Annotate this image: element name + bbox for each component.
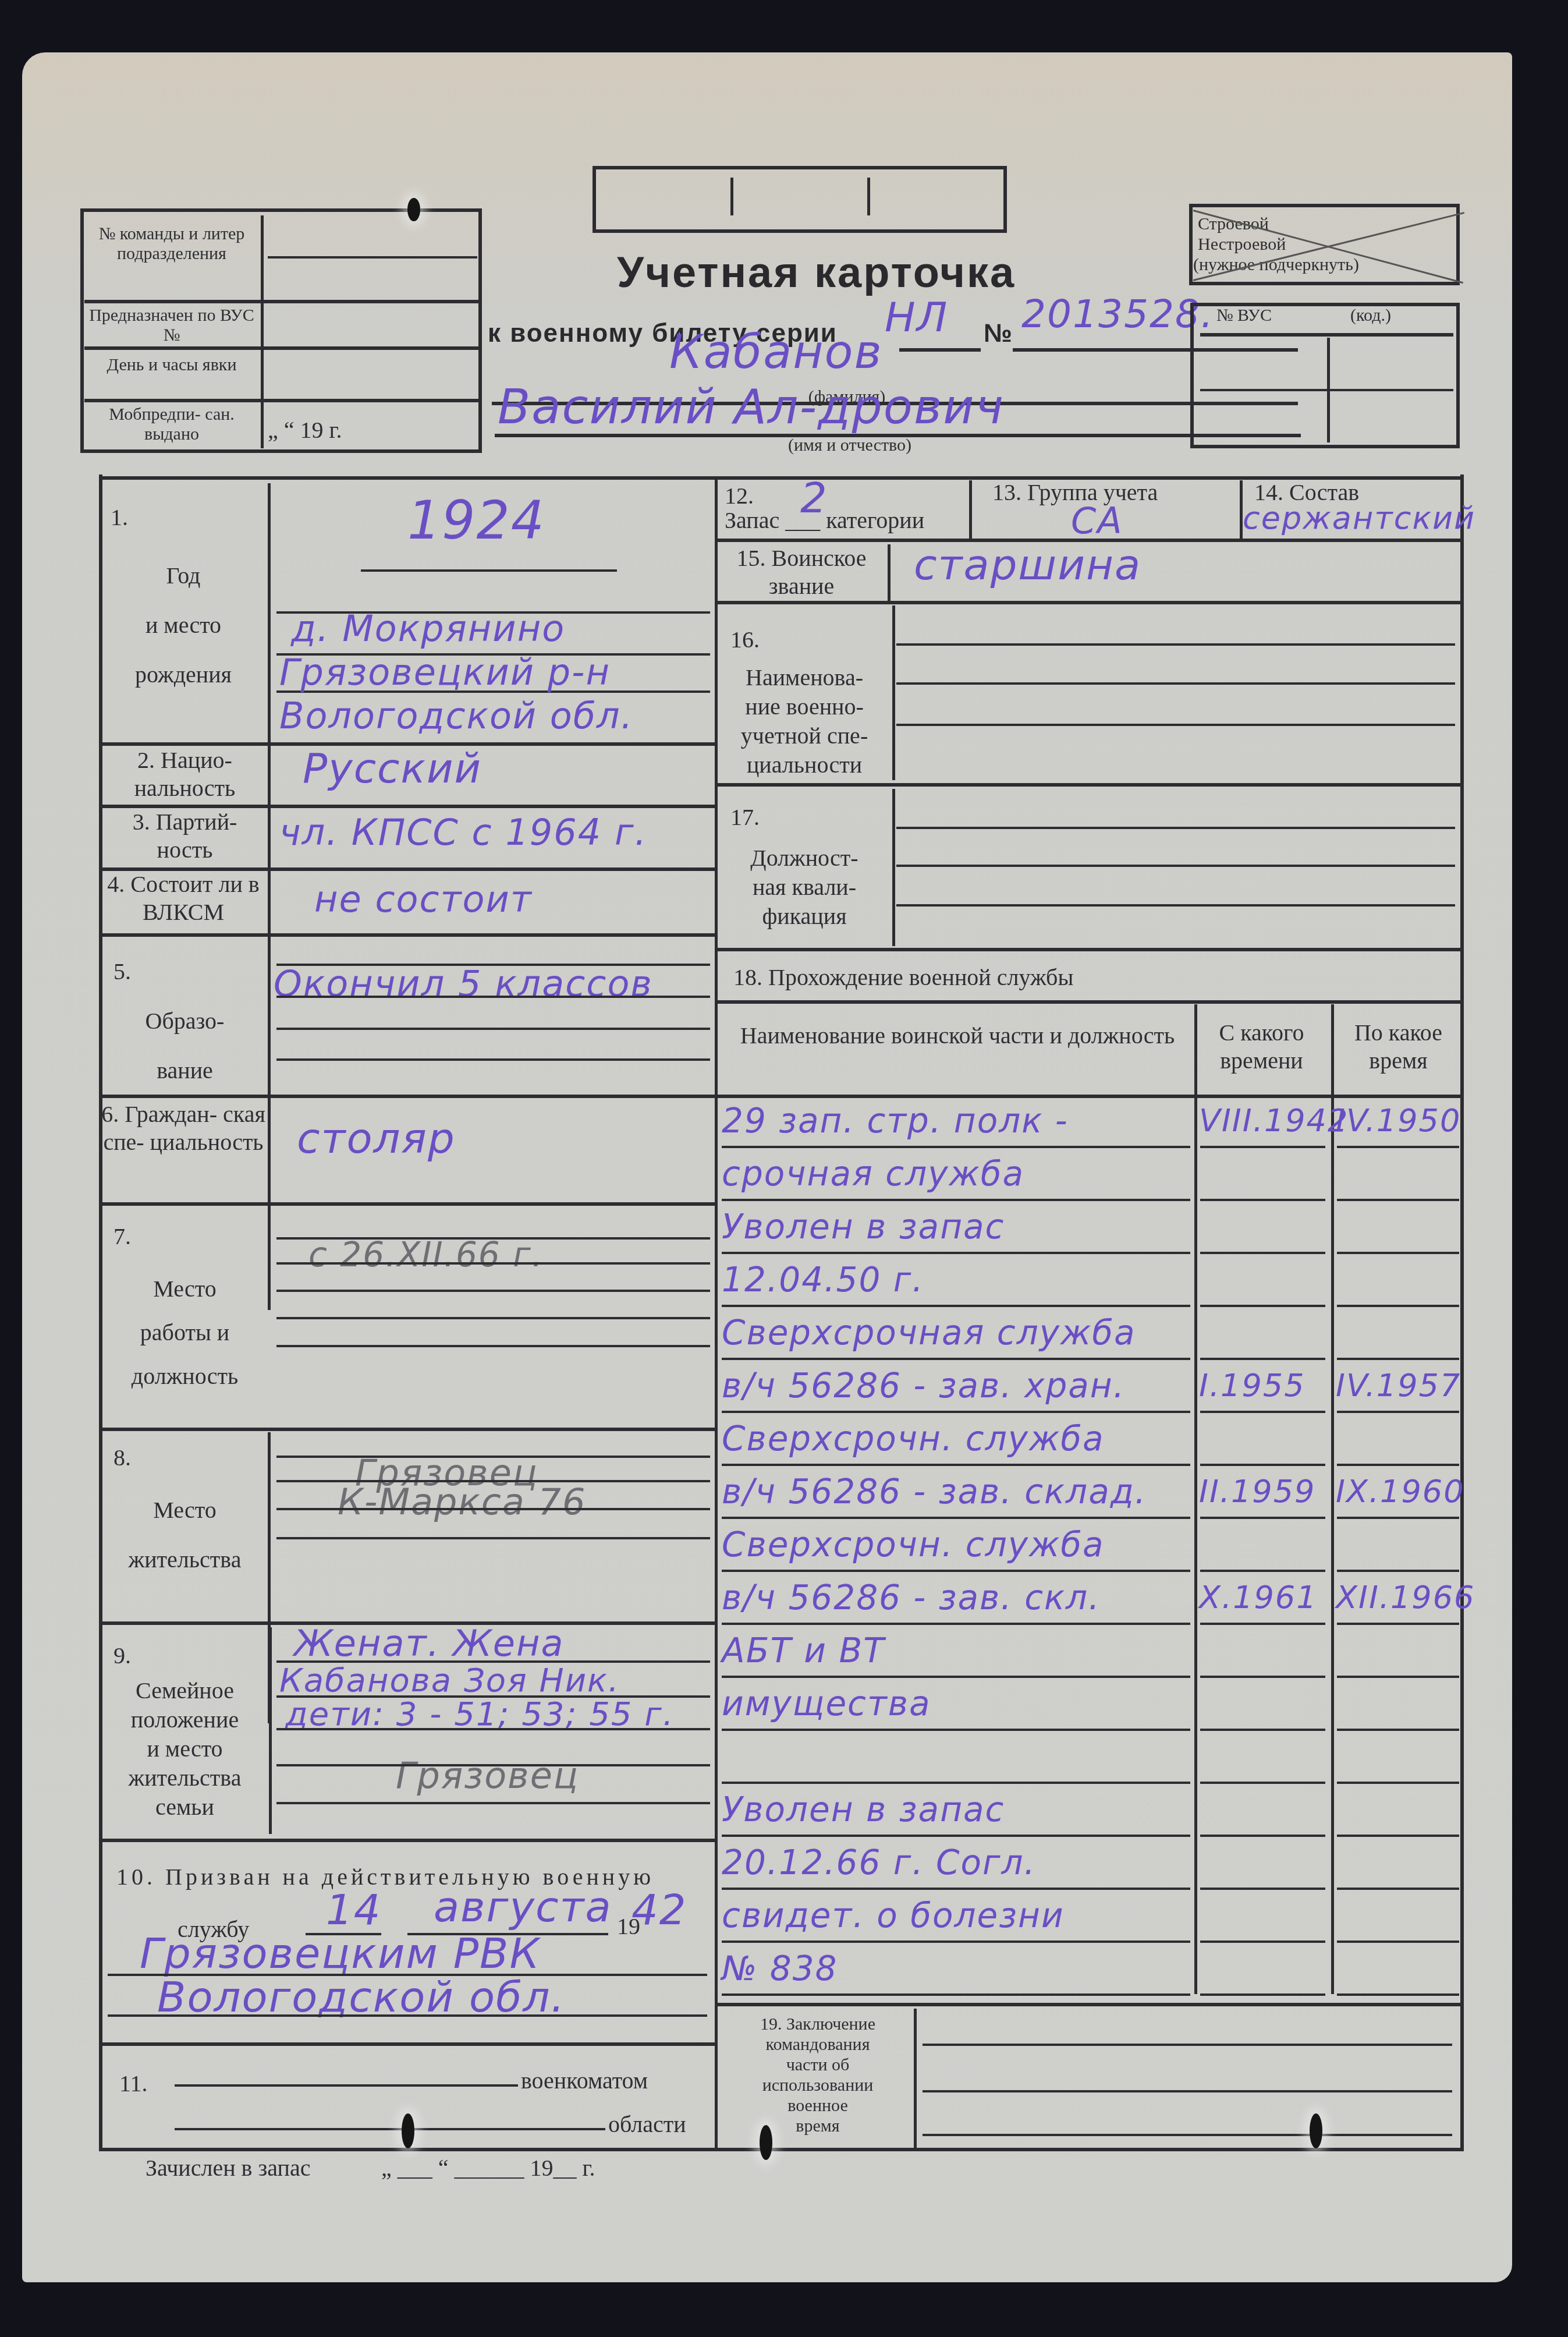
komsomol-value[interactable]: не состоит xyxy=(314,879,533,920)
blank-line xyxy=(923,2134,1452,2136)
blank-line xyxy=(1200,1941,1325,1943)
blank-line xyxy=(276,1764,710,1766)
unit-cell[interactable]: срочная служба xyxy=(722,1153,1024,1194)
education-value[interactable]: Окончил 5 классов xyxy=(274,964,653,1004)
punch-hole xyxy=(402,2113,414,2148)
divider xyxy=(1194,1004,1197,1994)
from-cell[interactable]: I.1955 xyxy=(1199,1365,1306,1406)
blank-line xyxy=(276,996,710,998)
col-unit-header: Наименование воинской части и должность xyxy=(722,1022,1193,1050)
blank-line xyxy=(276,1290,710,1292)
blank-line xyxy=(722,1782,1190,1784)
blank-line xyxy=(1337,1305,1459,1307)
name-patronymic-value[interactable]: Василий Ал-дрович xyxy=(498,387,1005,428)
blank-line xyxy=(896,904,1455,907)
field-19-label: военное xyxy=(722,2096,914,2116)
divider xyxy=(892,789,895,946)
blank-line xyxy=(276,1802,710,1804)
field-7-label: работы и xyxy=(102,1319,268,1347)
blank-line xyxy=(923,2090,1452,2092)
ticket-number[interactable]: 2013528. xyxy=(1021,294,1214,335)
divider xyxy=(99,1839,715,1842)
unit-cell[interactable]: в/ч 56286 - зав. хран. xyxy=(722,1365,1125,1406)
blank-line xyxy=(1200,1146,1325,1148)
label-enlisted-reserve: Зачислен в запас xyxy=(146,2154,310,2182)
blank-line xyxy=(722,1517,1190,1519)
blank-line xyxy=(1337,1517,1459,1519)
label-noncombat: Нестроевой xyxy=(1198,235,1286,254)
divider xyxy=(715,1000,1464,1004)
divider xyxy=(268,483,271,1310)
blank-line xyxy=(1200,1252,1325,1254)
to-cell[interactable]: IX.1960 xyxy=(1336,1471,1465,1512)
field-6-label: 6. Граждан- ская спе- циальность xyxy=(99,1100,268,1156)
label-voenkomat: военкоматом xyxy=(521,2067,648,2095)
blank-line xyxy=(722,1464,1190,1466)
field-3-label: 3. Партий- ность xyxy=(102,808,268,864)
series-line xyxy=(899,348,981,352)
top-code-box xyxy=(593,166,1007,233)
divider xyxy=(867,178,870,215)
field-19-label: командования xyxy=(722,2035,914,2055)
blank-line xyxy=(722,1835,1190,1837)
blank-line xyxy=(1200,1993,1325,1996)
label-day-hours: День и часы явки xyxy=(84,355,259,375)
field-7-label: Место xyxy=(102,1275,268,1303)
label-vus-code: (код.) xyxy=(1350,306,1391,325)
composition-value[interactable]: сержантский xyxy=(1243,498,1475,539)
blank-line xyxy=(276,1028,710,1030)
divider xyxy=(888,544,891,603)
field-9-label: и место xyxy=(102,1735,268,1763)
blank-line xyxy=(1200,1464,1325,1466)
divider xyxy=(715,601,1464,604)
surname-value[interactable]: Кабанов xyxy=(669,332,883,373)
conscription-year[interactable]: 42 xyxy=(632,1889,687,1930)
from-cell[interactable]: II.1959 xyxy=(1199,1471,1315,1512)
field-1-label: рождения xyxy=(102,661,265,689)
field-5-num: 5. xyxy=(113,958,131,986)
from-cell[interactable]: X.1961 xyxy=(1199,1577,1318,1618)
divider xyxy=(99,1428,715,1431)
reserve-category-value[interactable]: 2 xyxy=(800,477,828,518)
blank-line xyxy=(896,827,1455,829)
blank-line xyxy=(722,1146,1190,1148)
blank-line xyxy=(1337,1358,1459,1360)
blank-line xyxy=(896,724,1455,726)
blank-line xyxy=(923,2044,1452,2046)
name-caption: (имя и отчество) xyxy=(739,435,960,455)
blank-line xyxy=(1337,1623,1459,1625)
field-8-label: Место xyxy=(102,1496,268,1524)
blank-line xyxy=(1337,1993,1459,1996)
blank-line xyxy=(722,1199,1190,1201)
field-17-num: 17. xyxy=(730,803,760,831)
blank-line xyxy=(722,1623,1190,1625)
divider xyxy=(84,300,479,303)
unit-cell[interactable]: 12.04.50 г. xyxy=(722,1259,924,1300)
unit-cell[interactable]: Уволен в запас xyxy=(722,1206,1005,1247)
blank-line xyxy=(361,569,617,572)
field-17-label: Должност- xyxy=(717,844,892,872)
blank-line xyxy=(1200,1570,1325,1572)
unit-cell[interactable]: АБТ и ВТ xyxy=(722,1630,885,1671)
blank-line xyxy=(1337,1729,1459,1731)
field-16-label: учетной спе- xyxy=(717,722,892,750)
blank-line xyxy=(722,1676,1190,1678)
blank-line xyxy=(722,1252,1190,1254)
blank-line xyxy=(1200,1305,1325,1307)
blank-line xyxy=(1337,1199,1459,1201)
blank-line xyxy=(1337,1411,1459,1413)
divider xyxy=(914,2009,917,2148)
field-1-label: и место xyxy=(102,611,265,639)
birth-year[interactable]: 1924 xyxy=(407,501,545,541)
divider xyxy=(84,346,479,350)
label-combat: Строевой xyxy=(1198,214,1269,234)
divider xyxy=(99,2042,715,2046)
divider xyxy=(1200,389,1453,391)
field-16-label: циальности xyxy=(717,751,892,779)
field-9-num: 9. xyxy=(113,1642,131,1670)
field-18-title: 18. Прохождение военной службы xyxy=(733,964,1073,992)
conscription-day[interactable]: 14 xyxy=(326,1889,382,1930)
unit-cell[interactable]: 29 зап. стр. полк - xyxy=(722,1100,1069,1141)
blank-line xyxy=(1200,1623,1325,1625)
label-mob-order: Мобпредпи- сан. выдано xyxy=(84,405,259,444)
birth-place-line[interactable]: д. Мокрянино xyxy=(291,608,565,649)
field-5-label: вание xyxy=(102,1057,268,1085)
divider xyxy=(969,480,972,539)
field-8-num: 8. xyxy=(113,1444,131,1472)
unit-cell[interactable]: Сверхсрочн. служба xyxy=(722,1524,1105,1565)
blank-line xyxy=(276,1345,710,1347)
divider xyxy=(1200,333,1453,337)
blank-line xyxy=(268,256,477,259)
field-4-label: 4. Состоит ли в ВЛКСМ xyxy=(99,870,268,926)
military-rank-value[interactable]: старшина xyxy=(914,544,1141,585)
divider xyxy=(261,215,264,448)
to-cell[interactable]: XII.1966 xyxy=(1336,1577,1475,1618)
enlisted-date: „ ___ “ ______ 19__ г. xyxy=(381,2154,595,2182)
field-10-label: 10. Призван на действительную военную xyxy=(116,1863,710,1891)
blank-line xyxy=(722,1993,1190,1996)
field-11-num: 11. xyxy=(119,2070,148,2098)
blank-line xyxy=(1200,1199,1325,1201)
blank-line xyxy=(1337,1941,1459,1943)
party-value[interactable]: чл. КПСС с 1964 г. xyxy=(279,812,647,853)
blank-line xyxy=(276,1537,710,1539)
field-5-label: Образо- xyxy=(102,1007,268,1035)
conscription-month[interactable]: августа xyxy=(434,1886,612,1927)
unit-cell[interactable]: имущества xyxy=(722,1683,931,1724)
blank-line xyxy=(722,1570,1190,1572)
unit-cell[interactable]: Уволен в запас xyxy=(722,1789,1005,1830)
divider xyxy=(99,1095,715,1098)
field-17-label: фикация xyxy=(717,902,892,930)
unit-cell[interactable]: в/ч 56286 - зав. скл. xyxy=(722,1577,1101,1618)
col-from-header: С какого времени xyxy=(1196,1019,1327,1075)
from-cell[interactable]: VIII.1942 xyxy=(1199,1100,1349,1141)
blank-line xyxy=(1200,1835,1325,1837)
field-9-label: жительства xyxy=(102,1764,268,1792)
number-sign: № xyxy=(984,319,1013,348)
blank-line xyxy=(1200,1517,1325,1519)
field-7-num: 7. xyxy=(113,1223,131,1251)
unit-cell[interactable]: № 838 xyxy=(722,1948,838,1989)
blank-line xyxy=(1200,1888,1325,1890)
blank-line xyxy=(276,1262,710,1265)
blank-line xyxy=(1337,1570,1459,1572)
blank-line xyxy=(1337,1888,1459,1890)
divider xyxy=(715,2003,1464,2006)
blank-line xyxy=(1337,1835,1459,1837)
field-15-label: 15. Воинское звание xyxy=(717,544,886,600)
divider xyxy=(1331,1004,1334,1994)
conscripted-by[interactable]: Грязовецким РВК xyxy=(140,1933,541,1974)
blank-line xyxy=(896,865,1455,867)
label-oblast: области xyxy=(608,2111,686,2138)
blank-line xyxy=(1200,1676,1325,1678)
divider xyxy=(99,1202,715,1206)
divider xyxy=(84,399,479,402)
conscripted-by[interactable]: Вологодской обл. xyxy=(157,1977,565,2017)
field-1-label: Год xyxy=(102,562,265,590)
blank-line xyxy=(722,1729,1190,1731)
work-value[interactable]: с 26.XII.66 г. xyxy=(308,1234,544,1275)
label-vus: № ВУС xyxy=(1216,306,1272,325)
col-to-header: По какое время xyxy=(1333,1019,1464,1075)
unit-cell[interactable]: в/ч 56286 - зав. склад. xyxy=(722,1471,1147,1512)
field-2-label: 2. Нацио- нальность xyxy=(102,746,268,802)
residence-street[interactable]: К-Маркса 76 xyxy=(338,1482,586,1522)
blank-line xyxy=(722,1358,1190,1360)
blank-line xyxy=(1200,1729,1325,1731)
to-cell[interactable]: IV.1957 xyxy=(1336,1365,1461,1406)
blank-line xyxy=(276,1728,710,1730)
field-9-label: положение xyxy=(102,1706,268,1734)
blank-line xyxy=(276,1058,710,1061)
blank-line xyxy=(722,1941,1190,1943)
unit-cell[interactable]: Сверхсрочн. служба xyxy=(722,1418,1105,1459)
blank-line xyxy=(1337,1676,1459,1678)
divider xyxy=(269,1627,272,1834)
blank-line xyxy=(276,1317,710,1319)
field-16-label: ние военно- xyxy=(717,693,892,721)
blank-line xyxy=(722,1411,1190,1413)
blank-line xyxy=(1200,1782,1325,1784)
blank-line xyxy=(1200,1358,1325,1360)
divider xyxy=(715,948,1464,951)
birth-place-line[interactable]: Грязовецкий р-н xyxy=(279,652,611,693)
blank-line xyxy=(1200,1411,1325,1413)
family-line[interactable]: Женат. Жена xyxy=(294,1623,564,1664)
label-command-number: № команды и литер подразделения xyxy=(84,224,259,264)
blank-line xyxy=(896,682,1455,685)
field-9-label: семьи xyxy=(102,1793,268,1821)
field-7-label: должность xyxy=(102,1362,268,1390)
series-value[interactable]: НЛ xyxy=(885,297,948,338)
punch-hole xyxy=(1310,2113,1322,2148)
field-16-num: 16. xyxy=(730,626,760,654)
unit-cell[interactable]: свидет. о болезни xyxy=(722,1895,1065,1936)
blank-line xyxy=(108,2014,707,2017)
blank-line xyxy=(896,643,1455,646)
account-group-value[interactable]: СА xyxy=(1071,501,1123,541)
field-19-label: время xyxy=(722,2116,914,2136)
punch-hole xyxy=(760,2125,772,2160)
page-title: Учетная карточка xyxy=(617,247,1016,297)
unit-cell[interactable]: 20.12.66 г. Согл. xyxy=(722,1842,1036,1883)
family-residence[interactable]: Грязовец xyxy=(396,1755,579,1796)
field-19-label: 19. Заключение xyxy=(722,2014,914,2034)
nationality-value[interactable]: Русский xyxy=(303,748,482,789)
blank-line xyxy=(175,2128,605,2130)
blank-line xyxy=(1337,1464,1459,1466)
civil-specialty-value[interactable]: столяр xyxy=(297,1118,456,1159)
punch-hole xyxy=(407,198,420,221)
to-cell[interactable]: IV.1950 xyxy=(1336,1100,1461,1141)
divider xyxy=(715,1095,1464,1098)
field-16-label: Наименова- xyxy=(717,664,892,692)
label-underline-hint: (нужное подчеркнуть) xyxy=(1193,255,1359,275)
divider xyxy=(99,933,715,937)
blank-line xyxy=(722,1305,1190,1307)
field-1-num: 1. xyxy=(111,504,128,532)
field-19-label: части об xyxy=(722,2055,914,2075)
mob-order-date: „ “ 19 г. xyxy=(268,416,477,444)
label-vus-assigned: Предназначен по ВУС № xyxy=(84,306,259,345)
field-19-label: использовании xyxy=(722,2076,914,2095)
divider xyxy=(730,178,733,215)
divider xyxy=(892,606,895,780)
unit-cell[interactable]: Сверхсрочная служба xyxy=(722,1312,1136,1353)
blank-line xyxy=(175,2084,518,2087)
blank-line xyxy=(1337,1782,1459,1784)
field-17-label: ная квали- xyxy=(717,873,892,901)
blank-line xyxy=(1337,1146,1459,1148)
field-9-label: Семейное xyxy=(102,1677,268,1705)
birth-place-line[interactable]: Вологодской обл. xyxy=(279,696,633,736)
blank-line xyxy=(276,1508,710,1510)
field-8-label: жительства xyxy=(99,1546,271,1574)
field-12-num: 12. xyxy=(725,482,754,510)
divider xyxy=(715,783,1464,787)
blank-line xyxy=(722,1888,1190,1890)
blank-line xyxy=(1337,1252,1459,1254)
